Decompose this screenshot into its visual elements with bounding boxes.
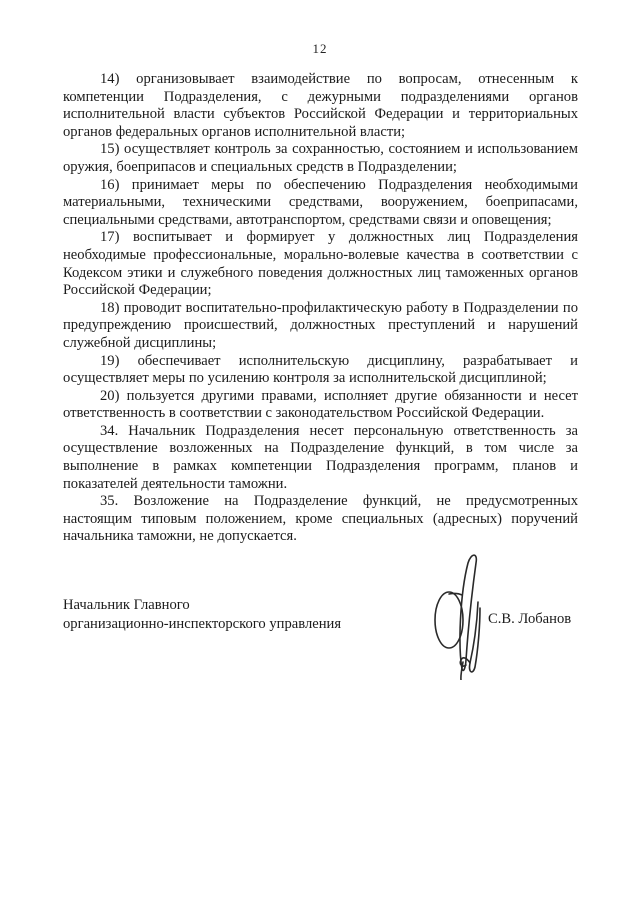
document-page: 12 14) организовывает взаимодействие по …: [0, 0, 640, 900]
paragraph: 20) пользуется другими правами, исполняе…: [63, 388, 578, 423]
document-body: 14) организовывает взаимодействие по воп…: [63, 71, 578, 546]
paragraph: 15) осуществляет контроль за сохранность…: [63, 141, 578, 176]
signatory-title-line1: Начальник Главного: [63, 596, 341, 615]
paragraph: 18) проводит воспитательно-профилактичес…: [63, 300, 578, 353]
paragraph: 17) воспитывает и формирует у должностны…: [63, 229, 578, 299]
signatory-title: Начальник Главного организационно-инспек…: [63, 596, 341, 634]
paragraph: 34. Начальник Подразделения несет персон…: [63, 423, 578, 493]
paragraph: 35. Возложение на Подразделение функций,…: [63, 493, 578, 546]
paragraph: 16) принимает меры по обеспечению Подраз…: [63, 177, 578, 230]
paragraph: 19) обеспечивает исполнительскую дисципл…: [63, 353, 578, 388]
signatory-title-line2: организационно-инспекторского управления: [63, 615, 341, 634]
paragraph: 14) организовывает взаимодействие по воп…: [63, 71, 578, 141]
signatory-name: С.В. Лобанов: [488, 611, 571, 628]
page-number: 12: [0, 41, 640, 57]
